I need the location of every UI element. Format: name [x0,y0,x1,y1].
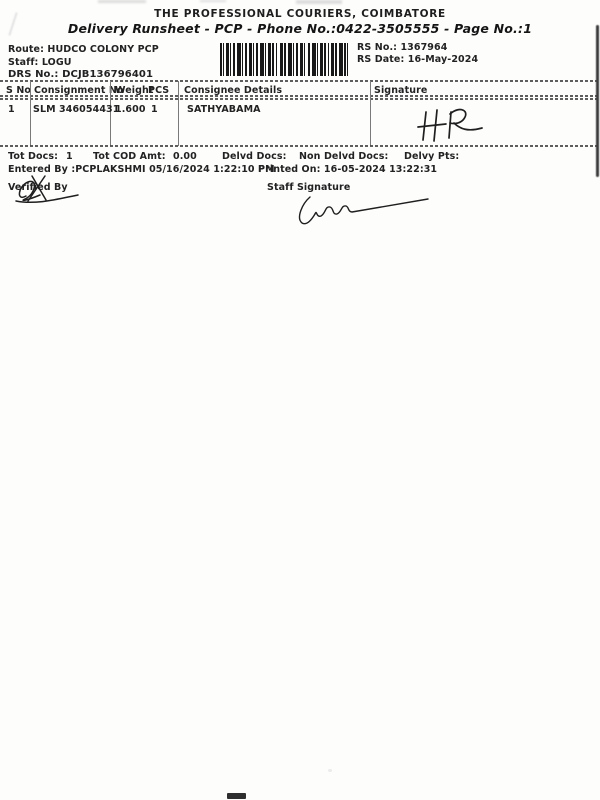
scan-bottom-artifact [227,793,246,799]
table-border-top [0,80,598,82]
scan-smudge [296,0,342,4]
page-subtitle: Delivery Runsheet - PCP - Phone No.:0422… [0,21,600,36]
table-border-bottom [0,145,598,147]
tot-cod-amt-value: 0.00 [173,151,197,162]
scan-smudge [200,0,226,2]
table-column-divider [178,81,179,146]
scan-edge-artifact [596,25,599,177]
delvd-docs-label: Delvd Docs: [222,151,286,162]
scan-speck [328,769,332,772]
handwritten-signature-staff [290,194,435,230]
table-column-divider [370,81,371,146]
route-text: Route: HUDCO COLONY PCP [8,44,159,55]
tot-docs-value: 1 [66,151,73,162]
rs-date-text: RS Date: 16-May-2024 [357,54,478,65]
table-header-separator [0,95,598,97]
drs-no-text: DRS No.: DCJB136796401 [8,69,153,80]
non-delvd-docs-label: Non Delvd Docs: [299,151,388,162]
delvy-pts-label: Delvy Pts: [404,151,459,162]
scanned-delivery-runsheet: THE PROFESSIONAL COURIERS, COIMBATORE De… [0,0,600,800]
handwritten-signature-consignee [418,103,498,149]
staff-text: Staff: LOGU [8,57,72,68]
staff-signature-label: Staff Signature [267,182,350,193]
printed-on-text: Printed On: 16-05-2024 13:22:31 [258,164,437,175]
scan-smudge [98,0,146,3]
table-row-cell-consignee: SATHYABAMA [187,104,261,115]
table-row-cell-pcs: 1 [151,104,158,115]
rs-no-text: RS No.: 1367964 [357,42,447,53]
page-title: THE PROFESSIONAL COURIERS, COIMBATORE [0,8,600,20]
handwritten-verified-scribble [12,170,84,208]
tot-docs-label: Tot Docs: [8,151,58,162]
barcode [220,43,348,76]
table-row-cell-consignment-no: SLM 346054431 [33,104,119,115]
table-column-divider [30,81,31,146]
table-header-separator [0,98,598,100]
table-row-cell-s-no: 1 [8,104,15,115]
tot-cod-amt-label: Tot COD Amt: [93,151,166,162]
table-row-cell-weight: 1.600 [115,104,146,115]
